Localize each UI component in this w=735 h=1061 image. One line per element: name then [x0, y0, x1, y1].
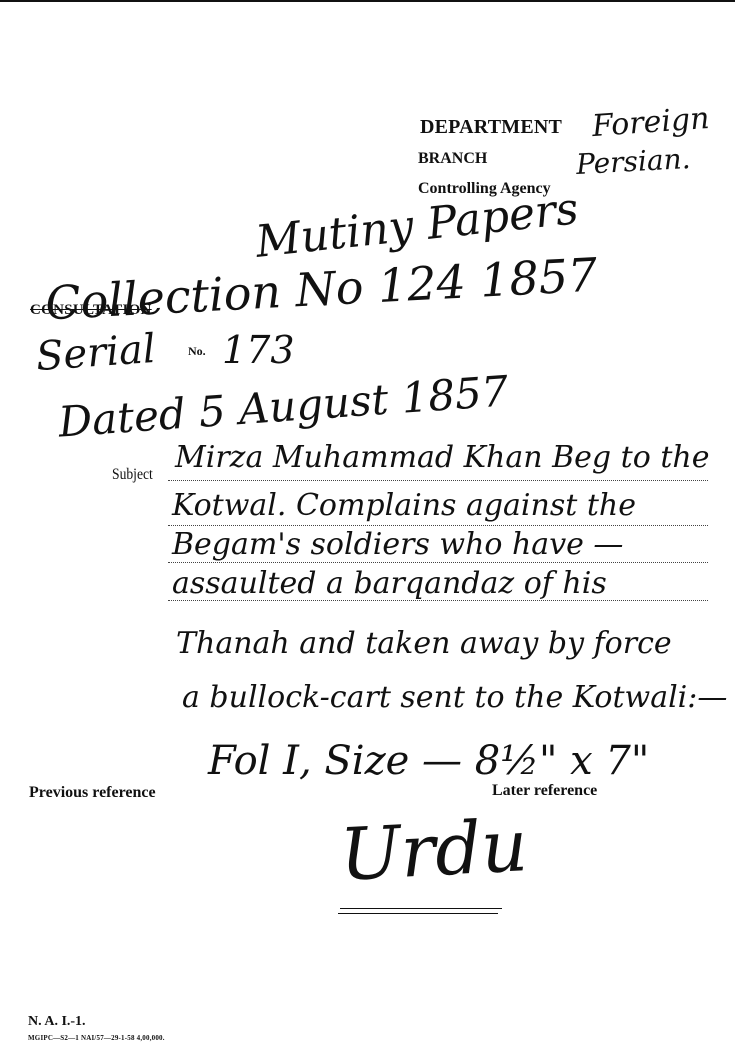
- branch-handwritten: Persian.: [575, 142, 691, 181]
- subject-line-4: assaulted a barqandaz of his: [172, 566, 607, 601]
- form-code: N. A. I.-1.: [28, 1014, 86, 1030]
- serial-label: Serial: [35, 326, 158, 380]
- no-label: No.: [188, 344, 206, 359]
- subject-line-6: a bullock-cart sent to the Kotwali:—: [182, 680, 727, 715]
- department-handwritten: Foreign: [591, 101, 711, 144]
- subject-dotted-line: [168, 525, 708, 526]
- subject-label: Subject: [112, 466, 153, 484]
- department-label: DEPARTMENT: [420, 116, 562, 139]
- language-underline: [340, 908, 502, 909]
- previous-reference-label: Previous reference: [29, 784, 156, 802]
- later-reference-label: Later reference: [492, 782, 597, 800]
- language-note: Urdu: [338, 803, 530, 897]
- branch-label: BRANCH: [418, 150, 487, 168]
- top-border: [0, 0, 735, 2]
- subject-dotted-line: [168, 480, 708, 481]
- serial-number: 173: [222, 328, 295, 372]
- subject-line-3: Begam's soldiers who have —: [172, 527, 623, 562]
- subject-dotted-line: [168, 562, 708, 563]
- print-line: MGIPC—S2—1 NAI/57—29-1-58 4,00,000.: [28, 1034, 165, 1042]
- date-line: Dated 5 August 1857: [57, 366, 510, 446]
- subject-line-5: Thanah and taken away by force: [176, 626, 672, 661]
- subject-line-2: Kotwal. Complains against the: [172, 488, 636, 523]
- folio-size: Fol I, Size — 8½" x 7": [208, 738, 649, 784]
- consultation-label-struck: CONSULTATION: [30, 302, 152, 319]
- subject-line-1: Mirza Muhammad Khan Beg to the: [175, 440, 709, 475]
- language-underline: [338, 913, 498, 914]
